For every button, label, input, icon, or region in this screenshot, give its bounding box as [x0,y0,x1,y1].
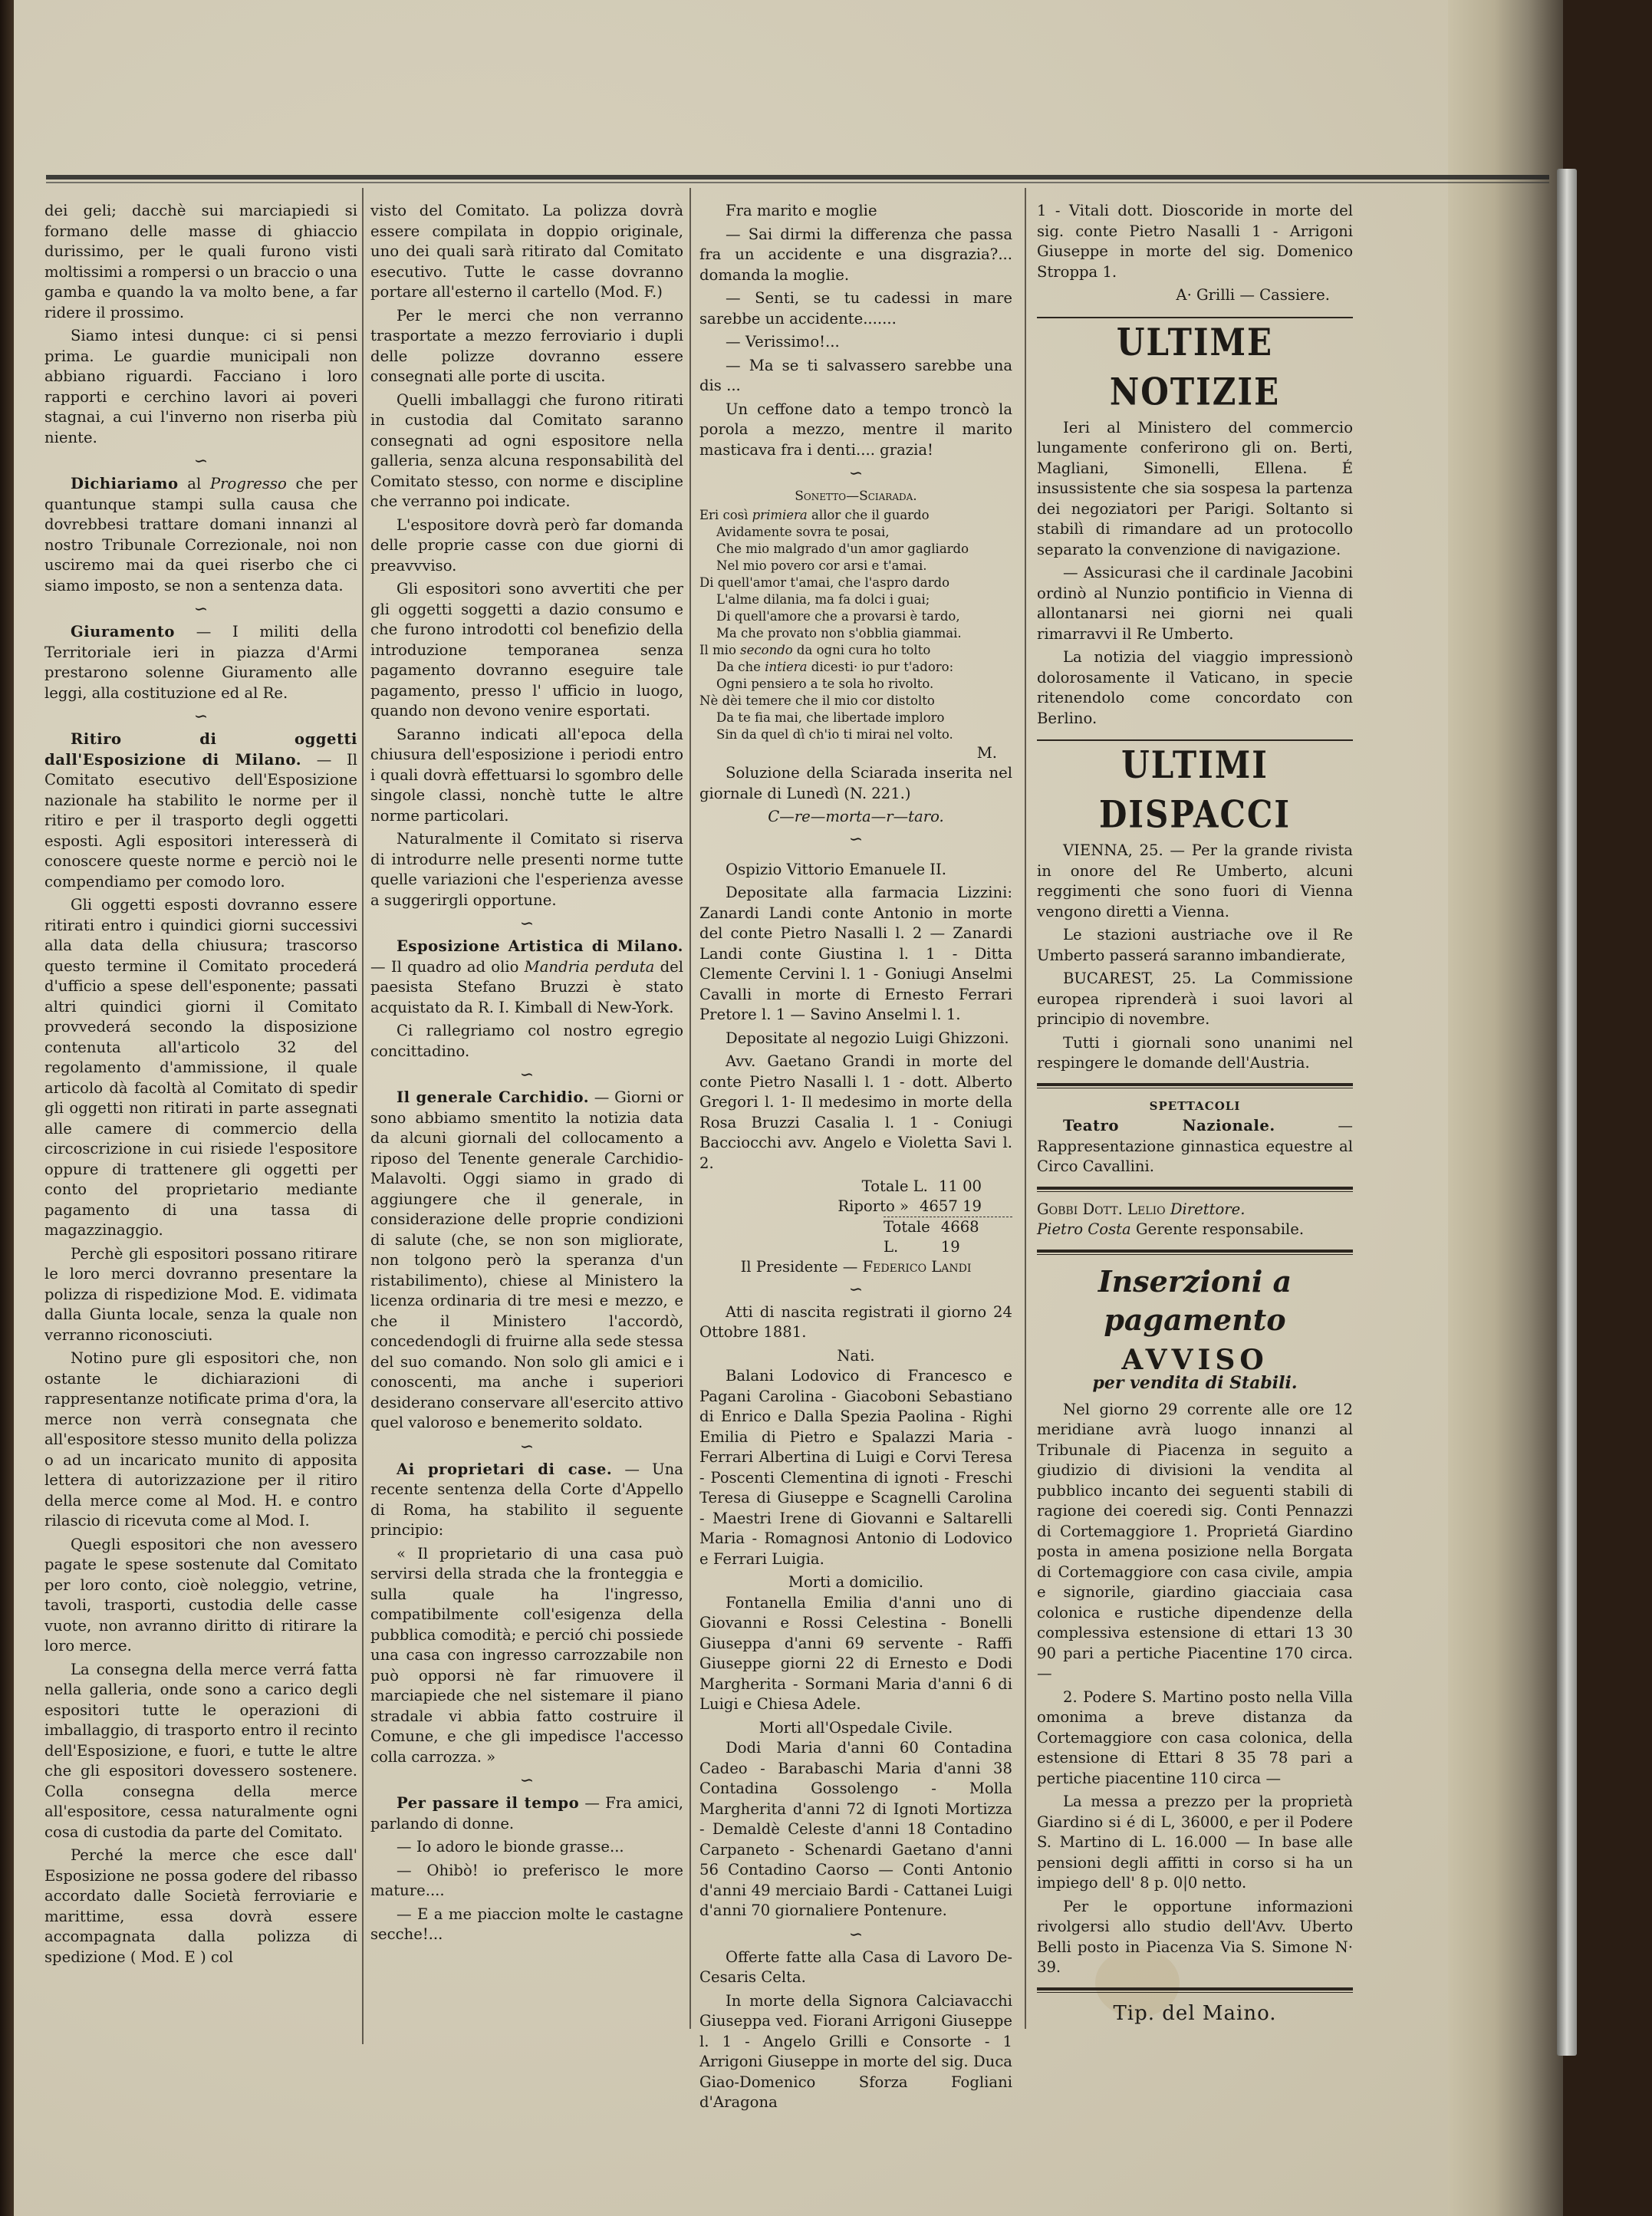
painting-title: Mandria perduta [525,958,655,976]
sonnet-title: Sonetto—Sciarada. [699,486,1012,507]
paragraph: Per le opportune informazioni rivolgersi… [1037,1897,1353,1978]
text: Ogni pensiero a te sola ho rivolto. [716,677,933,691]
paragraph: Depositate al negozio Luigi Ghizzoni. [699,1029,1012,1049]
ornament-divider: ∽ [699,829,1012,851]
paragraph: dei geli; dacchè sui marciapiedi si form… [44,201,357,323]
text: Da che [716,660,765,674]
sonnet-line: Sin da quel dì ch'io ti mirai nel volto. [699,726,1012,743]
column-1: dei geli; dacchè sui marciapiedi si form… [44,201,357,1971]
sonnet-line: Di quell'amor t'amai, che l'aspro dardo [699,575,1012,591]
ornament-divider: ∽ [370,914,683,935]
ornament-divider: ∽ [370,1065,683,1086]
paragraph: La messa a prezzo per la proprietà Giard… [1037,1792,1353,1894]
paragraph: Siamo intesi dunque: ci si pensi prima. … [44,326,357,448]
text: Nel mio povero cor arsi e t'amai. [716,558,927,573]
sonnet-line: Nè dèi temere che il mio cor distolto [699,693,1012,710]
paragraph: Quelli imballaggi che furono ritirati in… [370,390,683,512]
text: Sin da quel dì ch'io ti mirai nel volto. [716,727,953,742]
section-title: Ospizio Vittorio Emanuele II. [699,860,1012,881]
ultimi-dispacci-heading: ULTIMI DISPACCI [1037,741,1353,840]
sciarada-solution: C—re—morta—r—taro. [699,807,1012,828]
totals-table: Totale L.11 00 Riporto »4657 19 Totale L… [699,1177,1012,1257]
article-proprietari: Ai proprietari di case. — Una recente se… [370,1460,683,1541]
text: dicesti· io pur t'adoro: [808,660,954,674]
sonnet-line: Da che intiera dicesti· io pur t'adoro: [699,659,1012,676]
total-row: Riporto »4657 19 [699,1197,1012,1217]
paragraph: visto del Comitato. La polizza dovrà ess… [370,201,683,303]
total-label: Totale L. [862,1177,928,1197]
paragraph: Un ceffone dato a tempo troncò la porola… [699,400,1012,461]
manager-name: Pietro Costa [1037,1220,1131,1238]
sonnet-line: Da te fia mai, che libertade imploro [699,710,1012,726]
dialogue-line: — Verissimo!... [699,332,1012,353]
subsection-heading: Nati. [699,1346,1012,1367]
sonnet-line: Nel mio povero cor arsi e t'amai. [699,558,1012,575]
dispatch: Le stazioni austriache ove il Re Umberto… [1037,925,1353,966]
sonnet: Eri così primiera allor che il guardoAvi… [699,507,1012,743]
dispatch: BUCAREST, 25. La Commissione europea rip… [1037,969,1353,1030]
paragraph: Offerte fatte alla Casa di Lavoro De-Ces… [699,1948,1012,1988]
article-heading: Giuramento [71,623,175,640]
paragraph: Gli oggetti esposti dovranno essere riti… [44,895,357,1241]
italic-word: secondo [740,643,793,657]
ornament-divider: ∽ [699,463,1012,485]
sonnet-signature: M. [699,743,1012,764]
printer-imprint: Tip. del Maino. [1037,2004,1353,2024]
total-label: Totale L. [884,1217,930,1257]
paragraph: Perché la merce che esce dall' Esposizio… [44,1846,357,1967]
sonnet-line: Di quell'amore che a provarsi è tardo, [699,608,1012,625]
ornament-divider: ∽ [699,1279,1012,1301]
president-signature: Il Presidente — Federico Landi [699,1257,1012,1278]
paragraph: Naturalmente il Comitato si riserva di i… [370,829,683,910]
column-2: visto del Comitato. La polizza dovrà ess… [370,201,683,1948]
paragraph: Depositate alla farmacia Lizzini: Zanard… [699,883,1012,1026]
binding-spine [1557,169,1577,2056]
ornament-divider: ∽ [699,1925,1012,1946]
column-3: Fra marito e moglie — Sai dirmi la diffe… [699,201,1012,2116]
paragraph: Notino pure gli espositori che, non osta… [44,1348,357,1532]
ultime-notizie-heading: ULTIME NOTIZIE [1037,318,1353,417]
italic-title: Progresso [210,475,287,492]
director-role: Direttore. [1170,1200,1246,1218]
section-rule-heavy [1037,1083,1353,1088]
paragraph: — Assicurasi che il cardinale Jacobini o… [1037,563,1353,644]
text: Avidamente sovra te posai, [716,525,890,539]
paragraph: L'espositore dovrà però far domanda dell… [370,515,683,577]
text: Il Presidente — [741,1258,863,1276]
paragraph: Fontanella Emilia d'anni uno di Giovanni… [699,1593,1012,1715]
total-label: Riporto » [838,1197,909,1217]
text: da ogni cura ho tolto [793,643,931,657]
total-row: Totale L.11 00 [699,1177,1012,1197]
section-rule-heavy [1037,1187,1353,1192]
text: Di quell'amore che a provarsi è tardo, [716,609,960,624]
paragraph: Atti di nascita registrati il giorno 24 … [699,1302,1012,1343]
column-divider [1025,188,1026,2029]
ornament-divider: ∽ [44,599,357,621]
paragraph: Per le merci che non verranno trasportat… [370,306,683,387]
director-line: Gobbi Dott. Lelio Direttore. [1037,1200,1353,1220]
paragraph: Ieri al Ministero del commercio lungamen… [1037,418,1353,561]
text: Eri così [699,508,752,522]
page-edge-shadow [1448,0,1563,2216]
paragraph: 2. Podere S. Martino posto nella Villa o… [1037,1688,1353,1790]
article-passare-tempo: Per passare il tempo — Fra amici, parlan… [370,1793,683,1834]
avviso-heading: AVVISO [1037,1350,1353,1371]
sonnet-line: Che mio malgrado d'un amor gagliardo [699,541,1012,558]
sonnet-line: L'alme dilania, ma fa dolci i guai; [699,591,1012,608]
sonnet-line: Ogni pensiero a te sola ho rivolto. [699,676,1012,693]
paragraph: In morte della Signora Calciavacchi Gius… [699,1991,1012,2113]
paragraph: Perchè gli espositori possano ritirare l… [44,1244,357,1346]
ornament-divider: ∽ [370,1770,683,1792]
dialogue-line: — E a me piaccion molte le castagne secc… [370,1905,683,1945]
paragraph: Nel giorno 29 corrente alle ore 12 merid… [1037,1400,1353,1684]
subsection-heading: Morti all'Ospedale Civile. [699,1718,1012,1739]
text: — Giorni or sono abbiamo smentito la not… [370,1088,683,1431]
text: Ma che provato non s'obblia giammai. [716,626,962,640]
italic-word: primiera [752,508,808,522]
article-heading: Teatro Nazionale. [1063,1117,1275,1134]
article-carchidio: Il generale Carchidio. — Giorni or sono … [370,1088,683,1434]
paid-inserts-heading: Inserzioni a pagamento [1037,1263,1353,1339]
text: Che mio malgrado d'un amor gagliardo [716,542,969,556]
spettacoli-heading: SPETTACOLI [1037,1096,1353,1117]
masthead-credits: Gobbi Dott. Lelio Direttore. Pietro Cost… [1037,1200,1353,1240]
column-4: 1 - Vitali dott. Dioscoride in morte del… [1037,201,1353,2023]
total-row: Totale L.4668 19 [884,1217,1012,1257]
section-title: Fra marito e moglie [699,201,1012,222]
subsection-heading: Morti a domicilio. [699,1572,1012,1593]
ornament-divider: ∽ [44,451,357,473]
cashier-signature: A· Grilli — Cassiere. [1037,285,1353,306]
text: che per quantunque stampi sulla causa ch… [44,475,357,594]
sonnet-line: Ma che provato non s'obblia giammai. [699,625,1012,642]
paragraph: Gli espositori sono avvertiti che per gl… [370,579,683,722]
manager-line: Pietro Costa Gerente responsabile. [1037,1220,1353,1240]
quotation: « Il proprietario di una casa può servir… [370,1544,683,1768]
theatre-notice: Teatro Nazionale. — Rappresentazione gin… [1037,1116,1353,1177]
top-rule-thin [46,182,1549,183]
paragraph: Balani Lodovico di Francesco e Pagani Ca… [699,1366,1012,1569]
section-rule-heavy [1037,1987,1353,1993]
article-heading: Ai proprietari di case. [397,1460,612,1478]
text: Il mio [699,643,740,657]
dispatch: VIENNA, 25. — Per la grande rivista in o… [1037,841,1353,922]
paragraph: Dodi Maria d'anni 60 Contadina Cadeo - B… [699,1738,1012,1921]
text: Nè dèi temere che il mio cor distolto [699,693,935,708]
section-rule-heavy [1037,1250,1353,1255]
text: allor che il guardo [808,508,930,522]
president-name: Federico Landi [863,1258,972,1276]
top-rule [46,175,1549,179]
article-giuramento: Giuramento — I militi della Territoriale… [44,622,357,703]
dialogue-line: — Sai dirmi la differenza che passa fra … [699,225,1012,286]
paragraph: La notizia del viaggio impressionò dolor… [1037,647,1353,729]
paragraph: Avv. Gaetano Grandi in morte del conte P… [699,1052,1012,1174]
column-divider [689,188,691,2029]
article-ritiro: Ritiro di oggetti dall'Esposizione di Mi… [44,729,357,892]
article-heading: Esposizione Artistica di Milano. [397,937,683,955]
dispatch: Tutti i giornali sono unanimi nel respin… [1037,1033,1353,1074]
text: Di quell'amor t'amai, che l'aspro dardo [699,575,949,590]
paragraph: 1 - Vitali dott. Dioscoride in morte del… [1037,201,1353,282]
article-dichiariamo: Dichiariamo al Progresso che per quantun… [44,474,357,596]
paragraph: Ci rallegriamo col nostro egregio concit… [370,1021,683,1062]
ornament-divider: ∽ [370,1437,683,1458]
text: — Il Comitato esecutivo dell'Esposizione… [44,751,357,891]
text: Da te fia mai, che libertade imploro [716,710,945,725]
total-value: 4668 19 [941,1217,982,1257]
dialogue-line: — Io adoro le bionde grasse... [370,1837,683,1858]
manager-role: Gerente responsabile. [1131,1220,1304,1238]
column-divider [362,188,364,2044]
paragraph: Saranno indicati all'epoca della chiusur… [370,725,683,827]
paragraph: La consegna della merce verrá fatta nell… [44,1660,357,1843]
text: — Il quadro ad olio [370,958,525,976]
italic-word: intiera [765,660,807,674]
text: al [179,475,210,492]
article-heading: Per passare il tempo [397,1794,579,1812]
ornament-divider: ∽ [44,706,357,728]
director-name: Gobbi Dott. Lelio [1037,1200,1166,1218]
sonnet-line: Eri così primiera allor che il guardo [699,507,1012,524]
article-esposizione-artistica: Esposizione Artistica di Milano. — Il qu… [370,937,683,1018]
article-heading: Dichiariamo [71,475,179,492]
text: L'alme dilania, ma fa dolci i guai; [716,592,930,607]
article-heading: Il generale Carchidio. [397,1088,589,1106]
sonnet-line: Avidamente sovra te posai, [699,524,1012,541]
dialogue-line: — Ohibò! io preferisco le more mature...… [370,1861,683,1902]
paragraph: Soluzione della Sciarada inserita nel gi… [699,763,1012,804]
total-value: 4657 19 [920,1197,982,1217]
avviso-subtitle: per vendita di Stabili. [1037,1373,1353,1394]
total-value: 11 00 [939,1177,982,1197]
dialogue-line: — Ma se ti salvassero sarebbe una dis ..… [699,356,1012,397]
dialogue-line: — Senti, se tu cadessi in mare sarebbe u… [699,288,1012,329]
paragraph: Quegli espositori che non avessero pagat… [44,1535,357,1657]
sonnet-line: Il mio secondo da ogni cura ho tolto [699,642,1012,659]
